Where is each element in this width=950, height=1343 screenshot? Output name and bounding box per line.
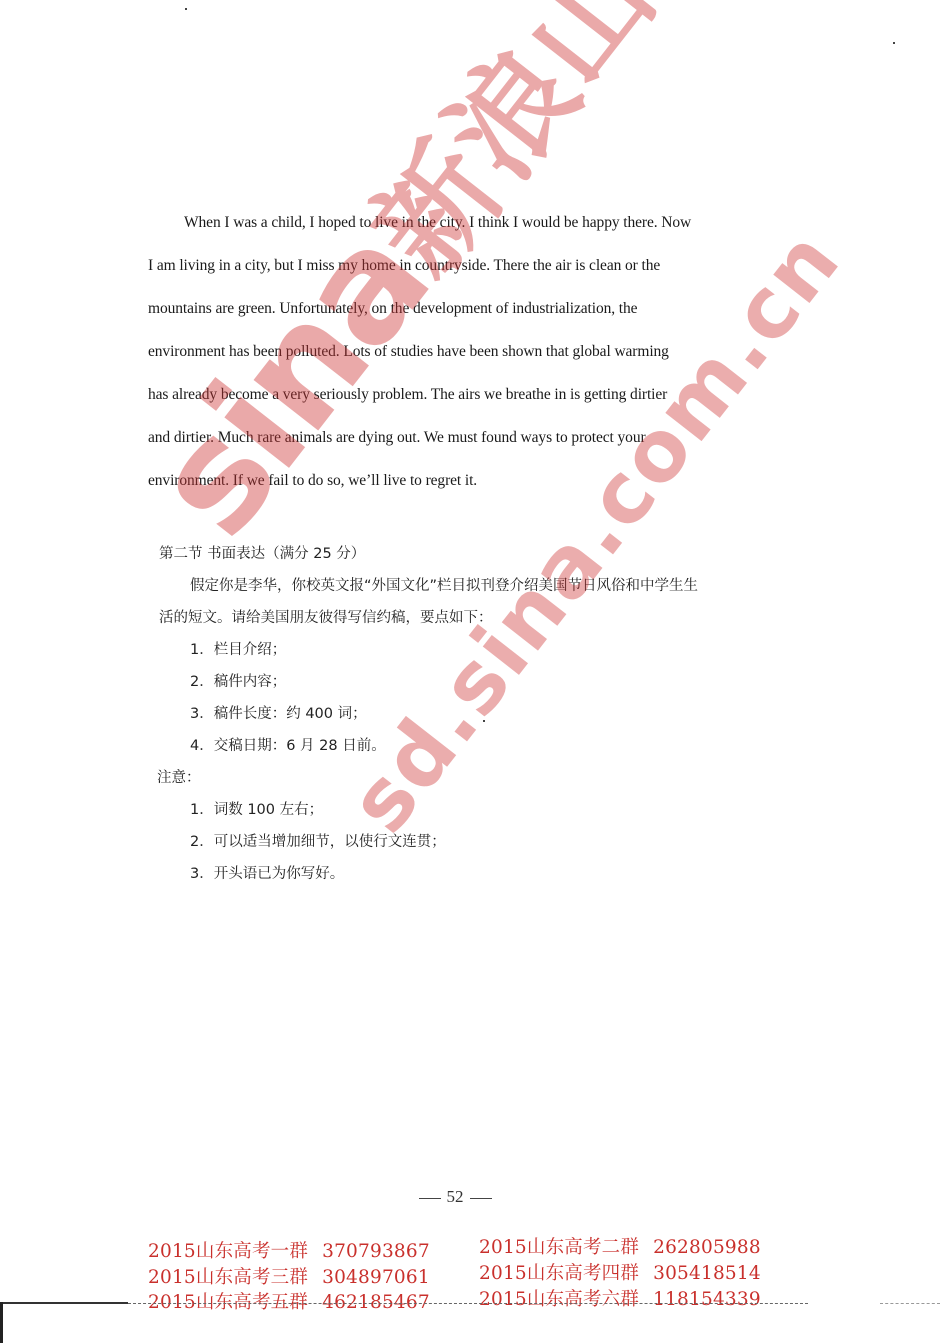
ad-item: 2015山东高考一群370793867 [148, 1237, 430, 1263]
ad-label: 2015山东高考四群 [479, 1263, 639, 1284]
sina-watermark: sina新浪山东 sd.sina.com.cn [0, 0, 950, 1343]
ad-number: 118154339 [653, 1289, 761, 1310]
ad-number: 262805988 [653, 1237, 761, 1258]
note-item: 2．可以适当增加细节，以使行文连贯； [190, 830, 446, 851]
notes-label: 注意： [157, 766, 201, 787]
ad-item: 2015山东高考三群304897061 [148, 1263, 430, 1289]
document-page: When I was a child, I hoped to live in t… [0, 0, 950, 1343]
passage-line: environment. If we fail to do so, we’ll … [148, 472, 477, 490]
point-item: 3．稿件长度：约 400 词； [190, 702, 367, 723]
passage-line: and dirtier. Much rare animals are dying… [148, 429, 646, 447]
point-item: 1．栏目介绍； [190, 638, 286, 659]
scan-speck [185, 8, 187, 10]
section-heading: 第二节 书面表达（满分 25 分） [159, 542, 365, 563]
passage-line: mountains are green. Unfortunately, on t… [148, 300, 637, 318]
scan-speck [893, 42, 895, 44]
prompt-line: 假定你是李华，你校英文报“外国文化”栏目拟刊登介绍美国节日风俗和中学生生 [190, 574, 698, 595]
ad-number: 304897061 [322, 1267, 430, 1288]
passage-line: has already become a very seriously prob… [148, 386, 667, 404]
passage-line: environment has been polluted. Lots of s… [148, 343, 669, 361]
prompt-line: 活的短文。请给美国朋友彼得写信约稿，要点如下： [159, 606, 493, 627]
watermark-latin: sina [120, 198, 462, 567]
point-item: 4．交稿日期：6 月 28 日前。 [190, 734, 386, 755]
ad-label: 2015山东高考三群 [148, 1267, 308, 1288]
ad-label: 2015山东高考一群 [148, 1241, 308, 1262]
page-number-text: 52 [447, 1187, 464, 1206]
scan-dashed-rule [880, 1303, 940, 1305]
passage-line: I am living in a city, but I miss my hom… [148, 257, 660, 275]
passage-line: When I was a child, I hoped to live in t… [184, 214, 691, 232]
page-number: 52 [0, 1187, 910, 1207]
dash-right [470, 1198, 492, 1199]
note-item: 3．开头语已为你写好。 [190, 862, 344, 883]
ad-item: 2015山东高考四群305418514 [479, 1259, 761, 1285]
ad-number: 305418514 [653, 1263, 761, 1284]
scan-speck [483, 720, 485, 722]
ad-item: 2015山东高考五群462185467 [148, 1288, 430, 1314]
ad-number: 370793867 [322, 1241, 430, 1262]
ad-label: 2015山东高考二群 [479, 1237, 639, 1258]
watermark-cn: 新浪山东 [347, 0, 757, 301]
scan-edge [0, 1302, 3, 1343]
point-item: 2．稿件内容； [190, 670, 286, 691]
scan-rule [0, 1302, 128, 1304]
dash-left [419, 1198, 441, 1199]
scan-dashed-rule [128, 1303, 808, 1305]
ad-item: 2015山东高考二群262805988 [479, 1233, 761, 1259]
ad-item: 2015山东高考六群118154339 [479, 1285, 761, 1311]
ad-label: 2015山东高考六群 [479, 1289, 639, 1310]
note-item: 1．词数 100 左右； [190, 798, 323, 819]
